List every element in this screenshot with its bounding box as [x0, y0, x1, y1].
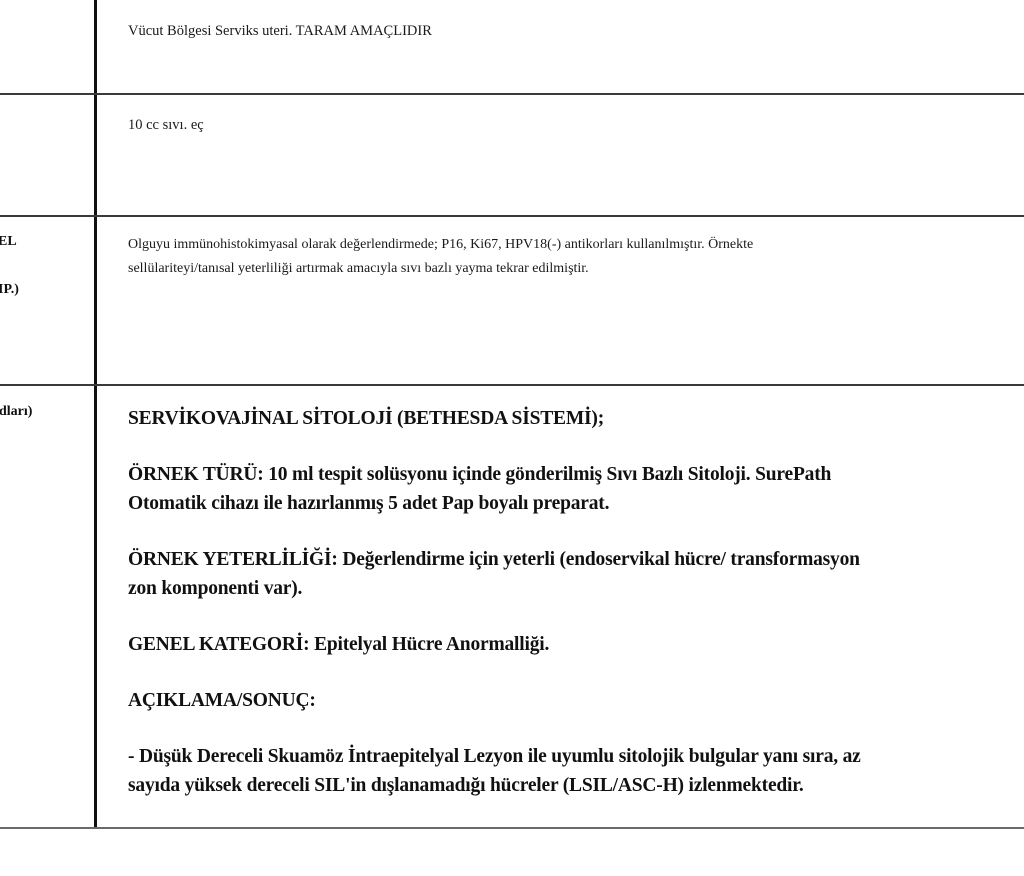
ihc-note-line-1: Olguyu immünohistokimyasal olarak değerl… [128, 233, 753, 257]
adequacy-text-2: zon komponenti var). [128, 578, 302, 599]
ihc-note-line-2: sellülariteyi/tanısal yeterliliği artırm… [128, 257, 589, 281]
report-title: SERVİKOVAJİNAL SİTOLOJİ (BETHESDA SİSTEM… [128, 404, 861, 433]
general-category: GENEL KATEGORİ: Epitelyal Hücre Anormall… [128, 630, 861, 659]
conclusion-text: - Düşük Dereceli Skuamöz İntraepitelyal … [128, 742, 861, 800]
row-label-fragment: IP.) [0, 282, 19, 298]
body-region-value: Vücut Bölgesi Serviks uteri. TARAM AMAÇL… [128, 23, 432, 40]
specimen-type-heading: ÖRNEK TÜRÜ: [128, 464, 264, 485]
specimen-type-text-2: Otomatik cihazı ile hazırlanmış 5 adet P… [128, 493, 609, 514]
adequacy-text: Değerlendirme için yeterli (endoservikal… [338, 549, 860, 570]
specimen-type: ÖRNEK TÜRÜ: 10 ml tespit solüsyonu içind… [128, 460, 861, 518]
row-divider [0, 215, 1024, 217]
specimen-adequacy: ÖRNEK YETERLİLİĞİ: Değerlendirme için ye… [128, 545, 861, 603]
sample-volume-value: 10 cc sıvı. eç [128, 117, 204, 134]
conclusion-line-2: sayıda yüksek dereceli SIL'in dışlanamad… [128, 775, 804, 796]
specimen-type-text: 10 ml tespit solüsyonu içinde gönderilmi… [264, 464, 832, 485]
conclusion-line-1: - Düşük Dereceli Skuamöz İntraepitelyal … [128, 746, 861, 767]
cytology-report: SERVİKOVAJİNAL SİTOLOJİ (BETHESDA SİSTEM… [128, 404, 861, 827]
column-divider [94, 0, 97, 829]
adequacy-heading: ÖRNEK YETERLİLİĞİ: [128, 549, 338, 570]
row-divider [0, 827, 1024, 829]
row-divider [0, 384, 1024, 386]
conclusion-heading: AÇIKLAMA/SONUÇ: [128, 686, 861, 715]
category-text: Epitelyal Hücre Anormalliği. [309, 634, 549, 655]
row-label-fragment: EL [0, 234, 17, 250]
row-label-fragment: dları) [0, 404, 32, 420]
category-heading: GENEL KATEGORİ: [128, 634, 309, 655]
row-divider [0, 93, 1024, 95]
